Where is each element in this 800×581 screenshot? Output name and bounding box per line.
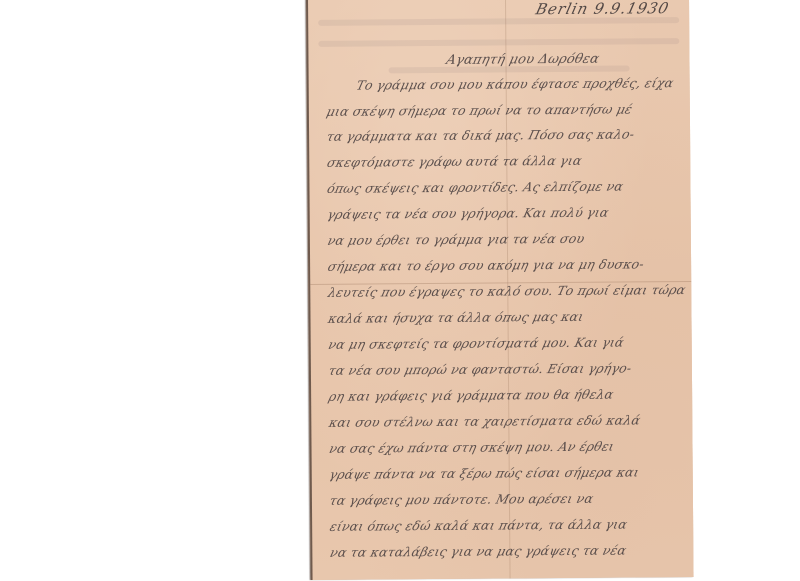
salutation: Αγαπητή μου Δωρόθεα bbox=[445, 52, 601, 68]
letter-line: και σου στέλνω και τα χαιρετίσματα εδώ κ… bbox=[328, 412, 643, 429]
letter-line: να μου έρθει το γράμμα για τα νέα σου bbox=[326, 231, 586, 248]
date-line: Berlin 9.9.1930 bbox=[534, 0, 671, 18]
letter-line: τα γράμματα και τα δικά μας. Πόσο σας κα… bbox=[325, 126, 636, 143]
letter-sheet: Berlin 9.9.1930 Αγαπητή μου Δωρόθεα Το γ… bbox=[306, 0, 694, 580]
letter-line: να σας έχω πάντα στη σκέψη μου. Αν έρθει bbox=[328, 439, 616, 456]
letter-line: τα νέα σου μπορώ να φανταστώ. Είσαι γρήγ… bbox=[327, 360, 633, 377]
letter-line: Το γράμμα σου μου κάπου έφτασε προχθές, … bbox=[355, 75, 675, 93]
letter-line: γράψεις τα νέα σου γρήγορα. Και πολύ για bbox=[326, 205, 611, 222]
letter-line: όπως σκέψεις και φροντίδες. Ας ελπίζομε … bbox=[326, 178, 625, 195]
letter-line: να τα καταλάβεις για να μας γράψεις τα ν… bbox=[329, 542, 629, 559]
letter-line: μια σκέψη σήμερα το πρωί να το απαντήσω … bbox=[325, 101, 634, 118]
letter-line: να μη σκεφτείς τα φροντίσματά μου. Και γ… bbox=[327, 334, 626, 351]
scan-background: Berlin 9.9.1930 Αγαπητή μου Δωρόθεα Το γ… bbox=[0, 0, 800, 581]
letter-line: γράψε πάντα να τα ξέρω πώς είσαι σήμερα … bbox=[328, 464, 641, 481]
letter-line: είναι όπως εδώ καλά και πάντα, τα άλλα γ… bbox=[328, 516, 629, 533]
ink-bleed-through bbox=[318, 38, 679, 47]
ink-bleed-through bbox=[318, 17, 679, 26]
letter-line: καλά και ήσυχα τα άλλα όπως μας και bbox=[327, 309, 586, 326]
letter-line: λευτείς που έγραψες το καλό σου. Το πρωί… bbox=[327, 282, 688, 300]
letter-line: τα γράφεις μου πάντοτε. Μου αρέσει να bbox=[328, 491, 595, 508]
letter-line: σκεφτόμαστε γράφω αυτά τα άλλα για bbox=[325, 153, 583, 170]
letter-line: σήμερα και το έργο σου ακόμη για να μη δ… bbox=[326, 256, 646, 274]
letter-line: ρη και γράφεις γιά γράμματα που θα ήθελα bbox=[327, 387, 615, 404]
